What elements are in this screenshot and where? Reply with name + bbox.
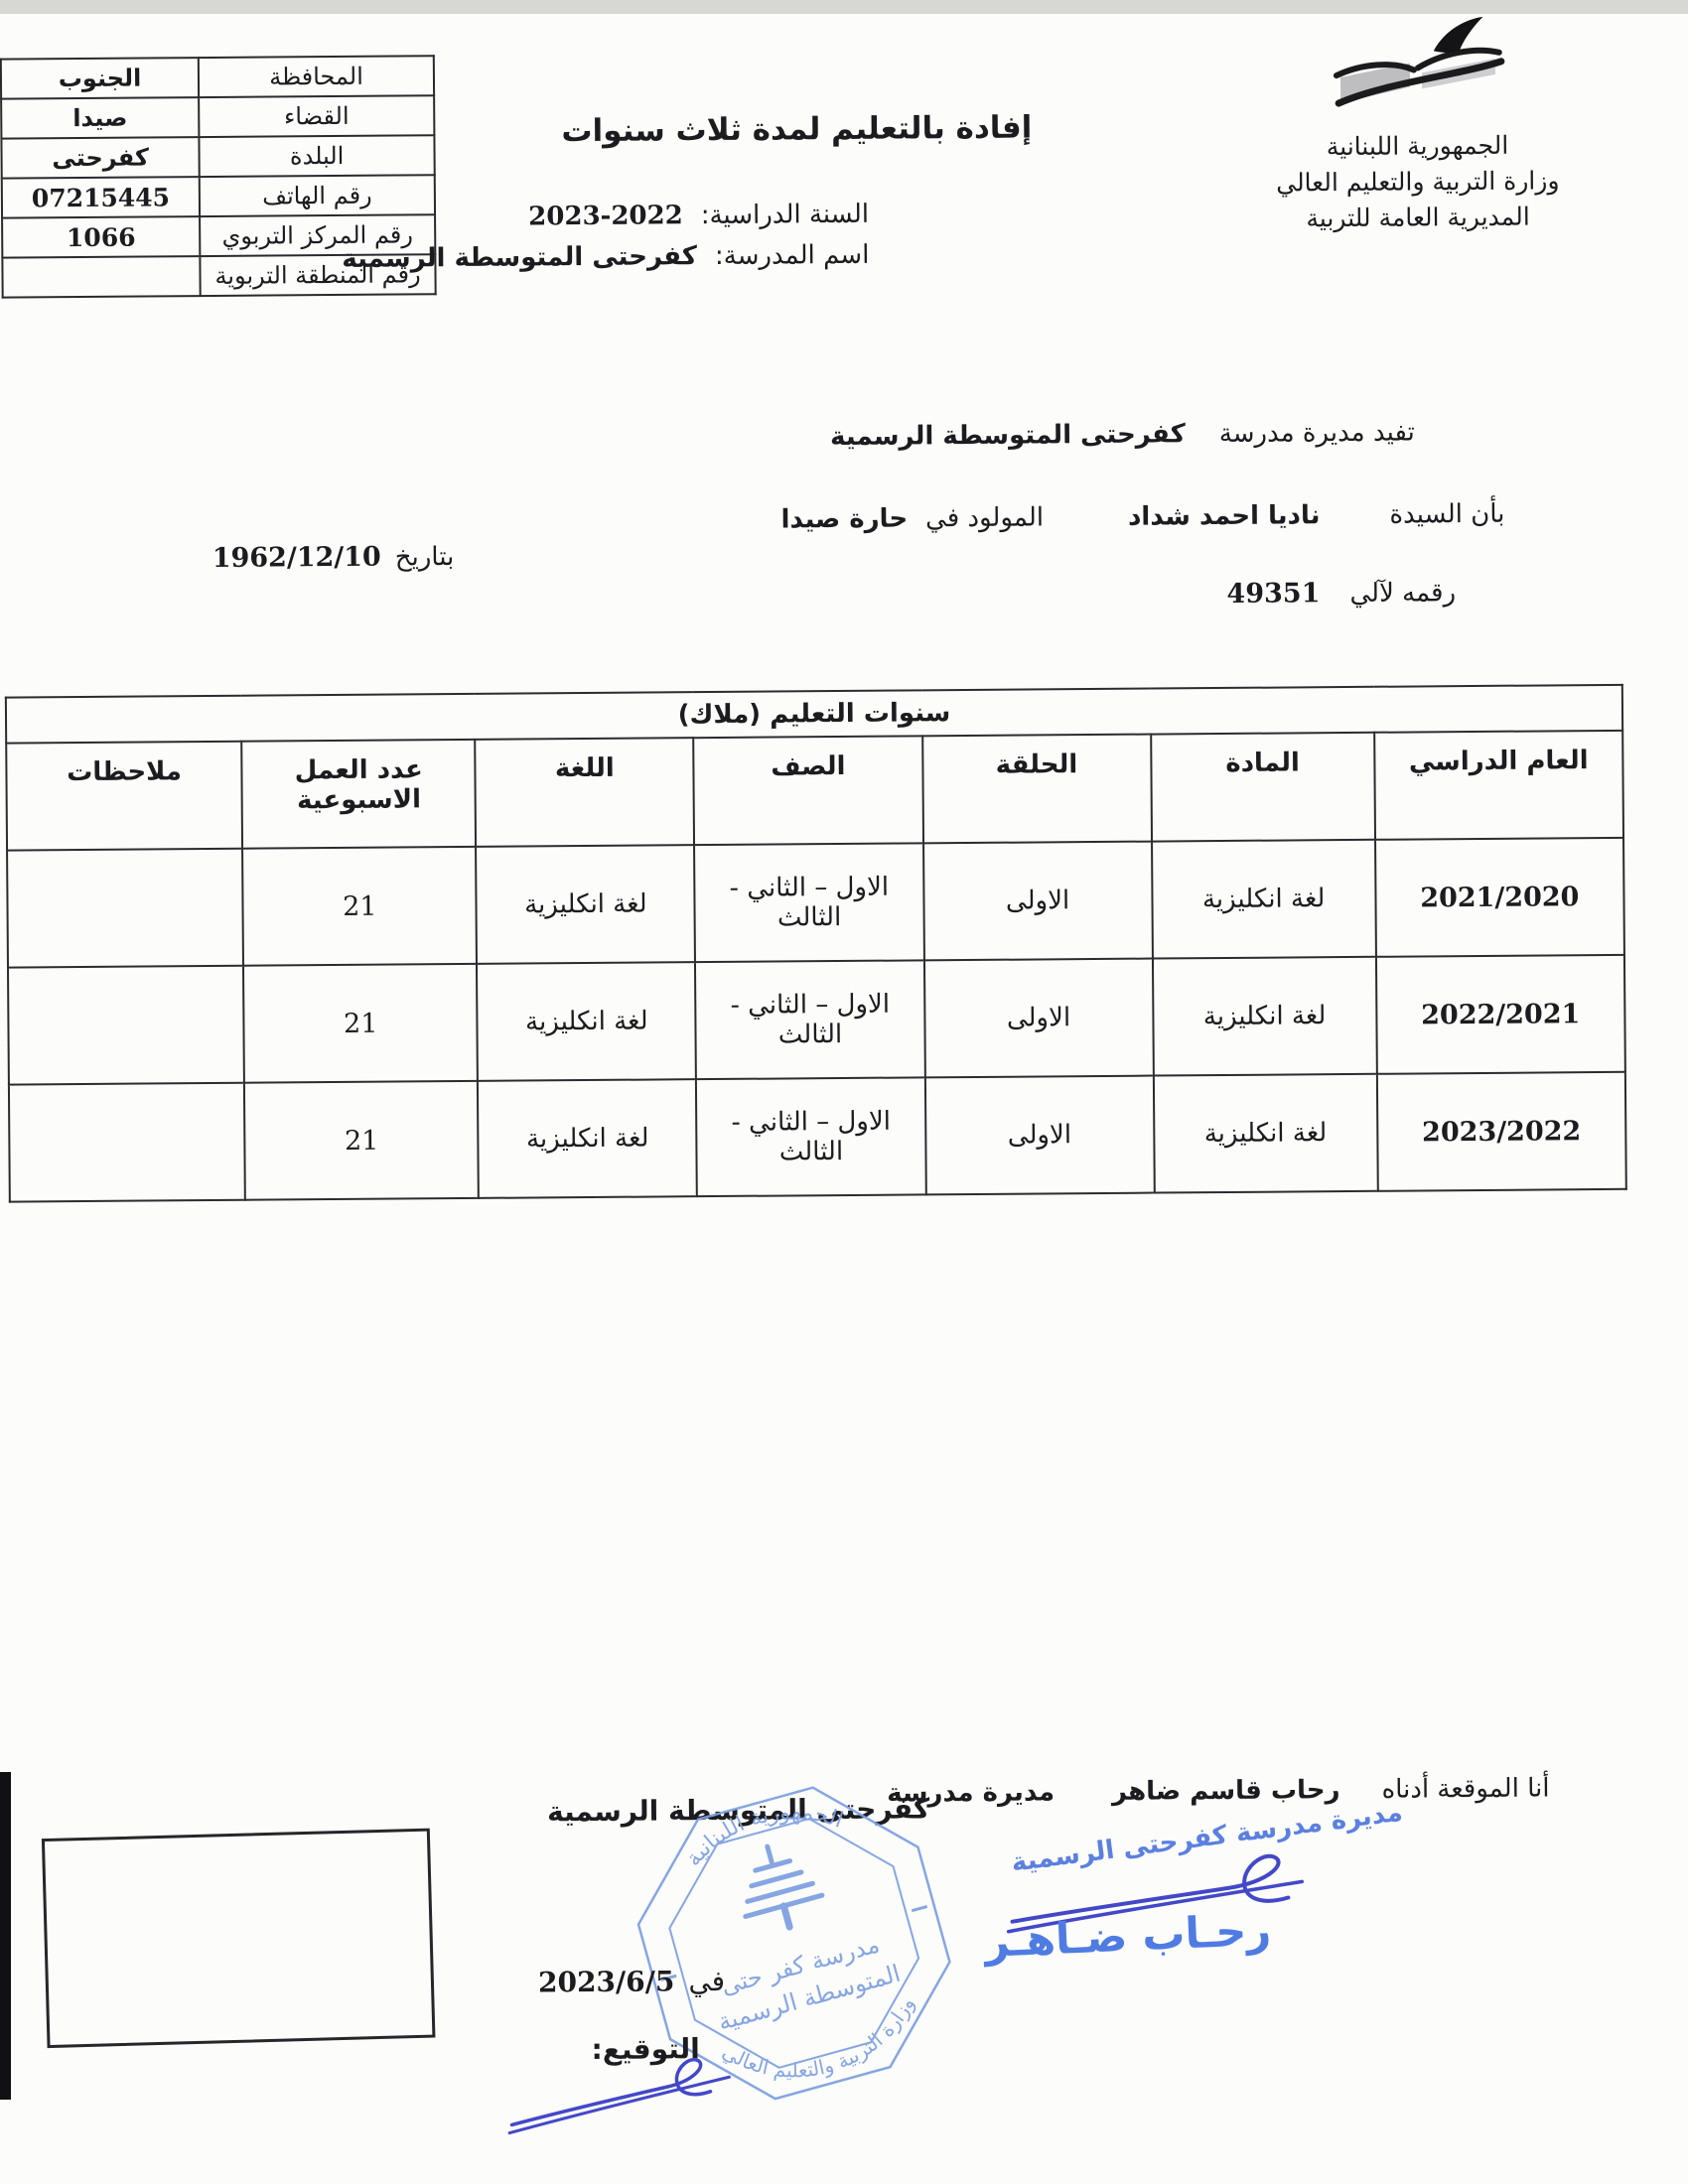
teaching-years-table: سنوات التعليم (ملاك) العام الدراسي الماد…	[5, 684, 1627, 1203]
ministry-line-dg: المديرية العامة للتربية	[1254, 199, 1582, 237]
school-year-label: السنة الدراسية:	[701, 200, 870, 230]
cell-year: 2023/2022	[1377, 1072, 1626, 1191]
cell-grade: الاول – الثاني - الثالث	[696, 1077, 925, 1196]
table-row: 2021/2020 لغة انكليزية الاولى الاول – ال…	[7, 838, 1624, 968]
undersigned-name: رحاب قاسم ضاهر	[1112, 1775, 1340, 1807]
table-row: 2023/2022 لغة انكليزية الاولى الاول – ال…	[9, 1072, 1626, 1202]
ministry-header: الجمهورية اللبنانية وزارة التربية والتعل…	[1253, 16, 1583, 237]
cell-weekly-hours: 21	[242, 847, 477, 966]
birth-date-value: 1962/12/10	[212, 542, 381, 574]
birth-place: حارة صيدا	[780, 503, 908, 534]
table-row: المحافظة الجنوب	[1, 56, 434, 98]
computer-id-label: رقمه لآلي	[1349, 578, 1456, 609]
scan-edge-left	[0, 1772, 11, 2100]
cell-cycle: الاولى	[924, 1076, 1154, 1195]
cell-notes	[8, 966, 244, 1085]
table-row: 2022/2021 لغة انكليزية الاولى الاول – ال…	[8, 955, 1625, 1085]
certify-school-name: كفرحتى المتوسطة الرسمية	[830, 419, 1186, 452]
admin-value-phone: 07215445	[2, 177, 200, 218]
issue-date-value: 2023/6/5	[538, 1965, 675, 1998]
admin-value-district: صيدا	[1, 97, 199, 139]
computer-id-value: 49351	[1226, 578, 1320, 610]
page-title: إفادة بالتعليم لمدة ثلاث سنوات	[419, 108, 1174, 150]
cell-subject: لغة انكليزية	[1152, 840, 1376, 959]
cell-language: لغة انكليزية	[477, 962, 696, 1081]
issue-date-line: في 2023/6/5	[538, 1965, 725, 1998]
cell-grade: الاول – الثاني - الثالث	[695, 960, 924, 1079]
bottom-signature-icon	[501, 2050, 741, 2152]
admin-label-district: القضاء	[199, 95, 434, 137]
cell-subject: لغة انكليزية	[1154, 1074, 1378, 1193]
admin-label-town: البلدة	[200, 135, 435, 177]
column-header-language: اللغة	[476, 738, 695, 847]
cell-language: لغة انكليزية	[476, 845, 695, 964]
header-school-info: السنة الدراسية:2023-2022 اسم المدرسة:كفر…	[342, 195, 870, 280]
document-content: المحافظة الجنوب القضاء صيدا البلدة كفرحت…	[0, 0, 1688, 2184]
cell-subject: لغة انكليزية	[1153, 957, 1377, 1076]
madam-label: بأن السيدة	[1389, 499, 1504, 530]
cell-language: لغة انكليزية	[478, 1079, 697, 1198]
cell-year: 2021/2020	[1375, 838, 1624, 957]
born-label: المولود في	[925, 502, 1044, 533]
teacher-name: ناديا احمد شداد	[1128, 500, 1321, 532]
school-name-value: كفرحتى المتوسطة الرسمية	[342, 241, 697, 274]
column-header-notes: ملاحظات	[6, 742, 242, 851]
empty-stamp-box	[42, 1829, 436, 2048]
cell-notes	[7, 849, 243, 968]
issue-date-label: في	[688, 1965, 725, 1997]
admin-value-town: كفرحتى	[1, 137, 199, 179]
cell-cycle: الاولى	[923, 842, 1153, 961]
ministry-book-logo-icon	[1323, 17, 1512, 121]
cell-weekly-hours: 21	[243, 964, 478, 1083]
scanned-certificate-page: المحافظة الجنوب القضاء صيدا البلدة كفرحت…	[0, 0, 1688, 2184]
column-header-weekly-hours: عدد العمل الاسبوعية	[241, 740, 476, 849]
birth-date-line: بتاريخ 1962/12/10	[212, 541, 455, 574]
cedar-tree-icon	[729, 1836, 827, 1937]
cell-weekly-hours: 21	[244, 1081, 479, 1200]
admin-value-center-number: 1066	[2, 216, 200, 258]
cell-year: 2022/2021	[1376, 955, 1625, 1074]
column-header-cycle: الحلقة	[922, 735, 1152, 844]
school-year-value: 2023-2022	[528, 201, 683, 231]
admin-value-educational-zone	[2, 256, 200, 298]
undersigned-label: أنا الموقعة أدناه	[1381, 1773, 1549, 1804]
table-header-row: العام الدراسي المادة الحلقة الصف اللغة ع…	[6, 731, 1623, 851]
school-name-line: اسم المدرسة:كفرحتى المتوسطة الرسمية	[342, 235, 869, 280]
ministry-line-moe: وزارة التربية والتعليم العالي	[1254, 163, 1582, 202]
admin-label-governorate: المحافظة	[199, 56, 434, 97]
school-name-label: اسم المدرسة:	[715, 240, 870, 271]
table-row: القضاء صيدا	[1, 95, 434, 138]
school-year-line: السنة الدراسية:2023-2022	[342, 195, 869, 239]
admin-value-governorate: الجنوب	[1, 58, 199, 99]
table-row: البلدة كفرحتى	[1, 135, 434, 178]
certify-line: تفيد مديرة مدرسة كفرحتى المتوسطة الرسمية	[830, 417, 1415, 452]
computer-id-line: رقمه لآلي 49351	[1226, 577, 1456, 610]
cell-cycle: الاولى	[923, 959, 1153, 1078]
ministry-line-republic: الجمهورية اللبنانية	[1253, 127, 1581, 166]
birth-date-label: بتاريخ	[395, 542, 455, 572]
undersigned-line: أنا الموقعة أدناه رحاب قاسم ضاهر مديرة م…	[887, 1773, 1550, 1808]
certify-prefix: تفيد مديرة مدرسة	[1219, 417, 1415, 449]
column-header-grade: الصف	[694, 736, 923, 845]
cell-notes	[9, 1083, 245, 1202]
column-header-subject: المادة	[1151, 733, 1375, 842]
teacher-identity-line: بأن السيدة ناديا احمد شداد المولود في حا…	[780, 499, 1504, 535]
column-header-year: العام الدراسي	[1374, 731, 1623, 840]
cell-grade: الاول – الثاني - الثالث	[694, 843, 923, 962]
